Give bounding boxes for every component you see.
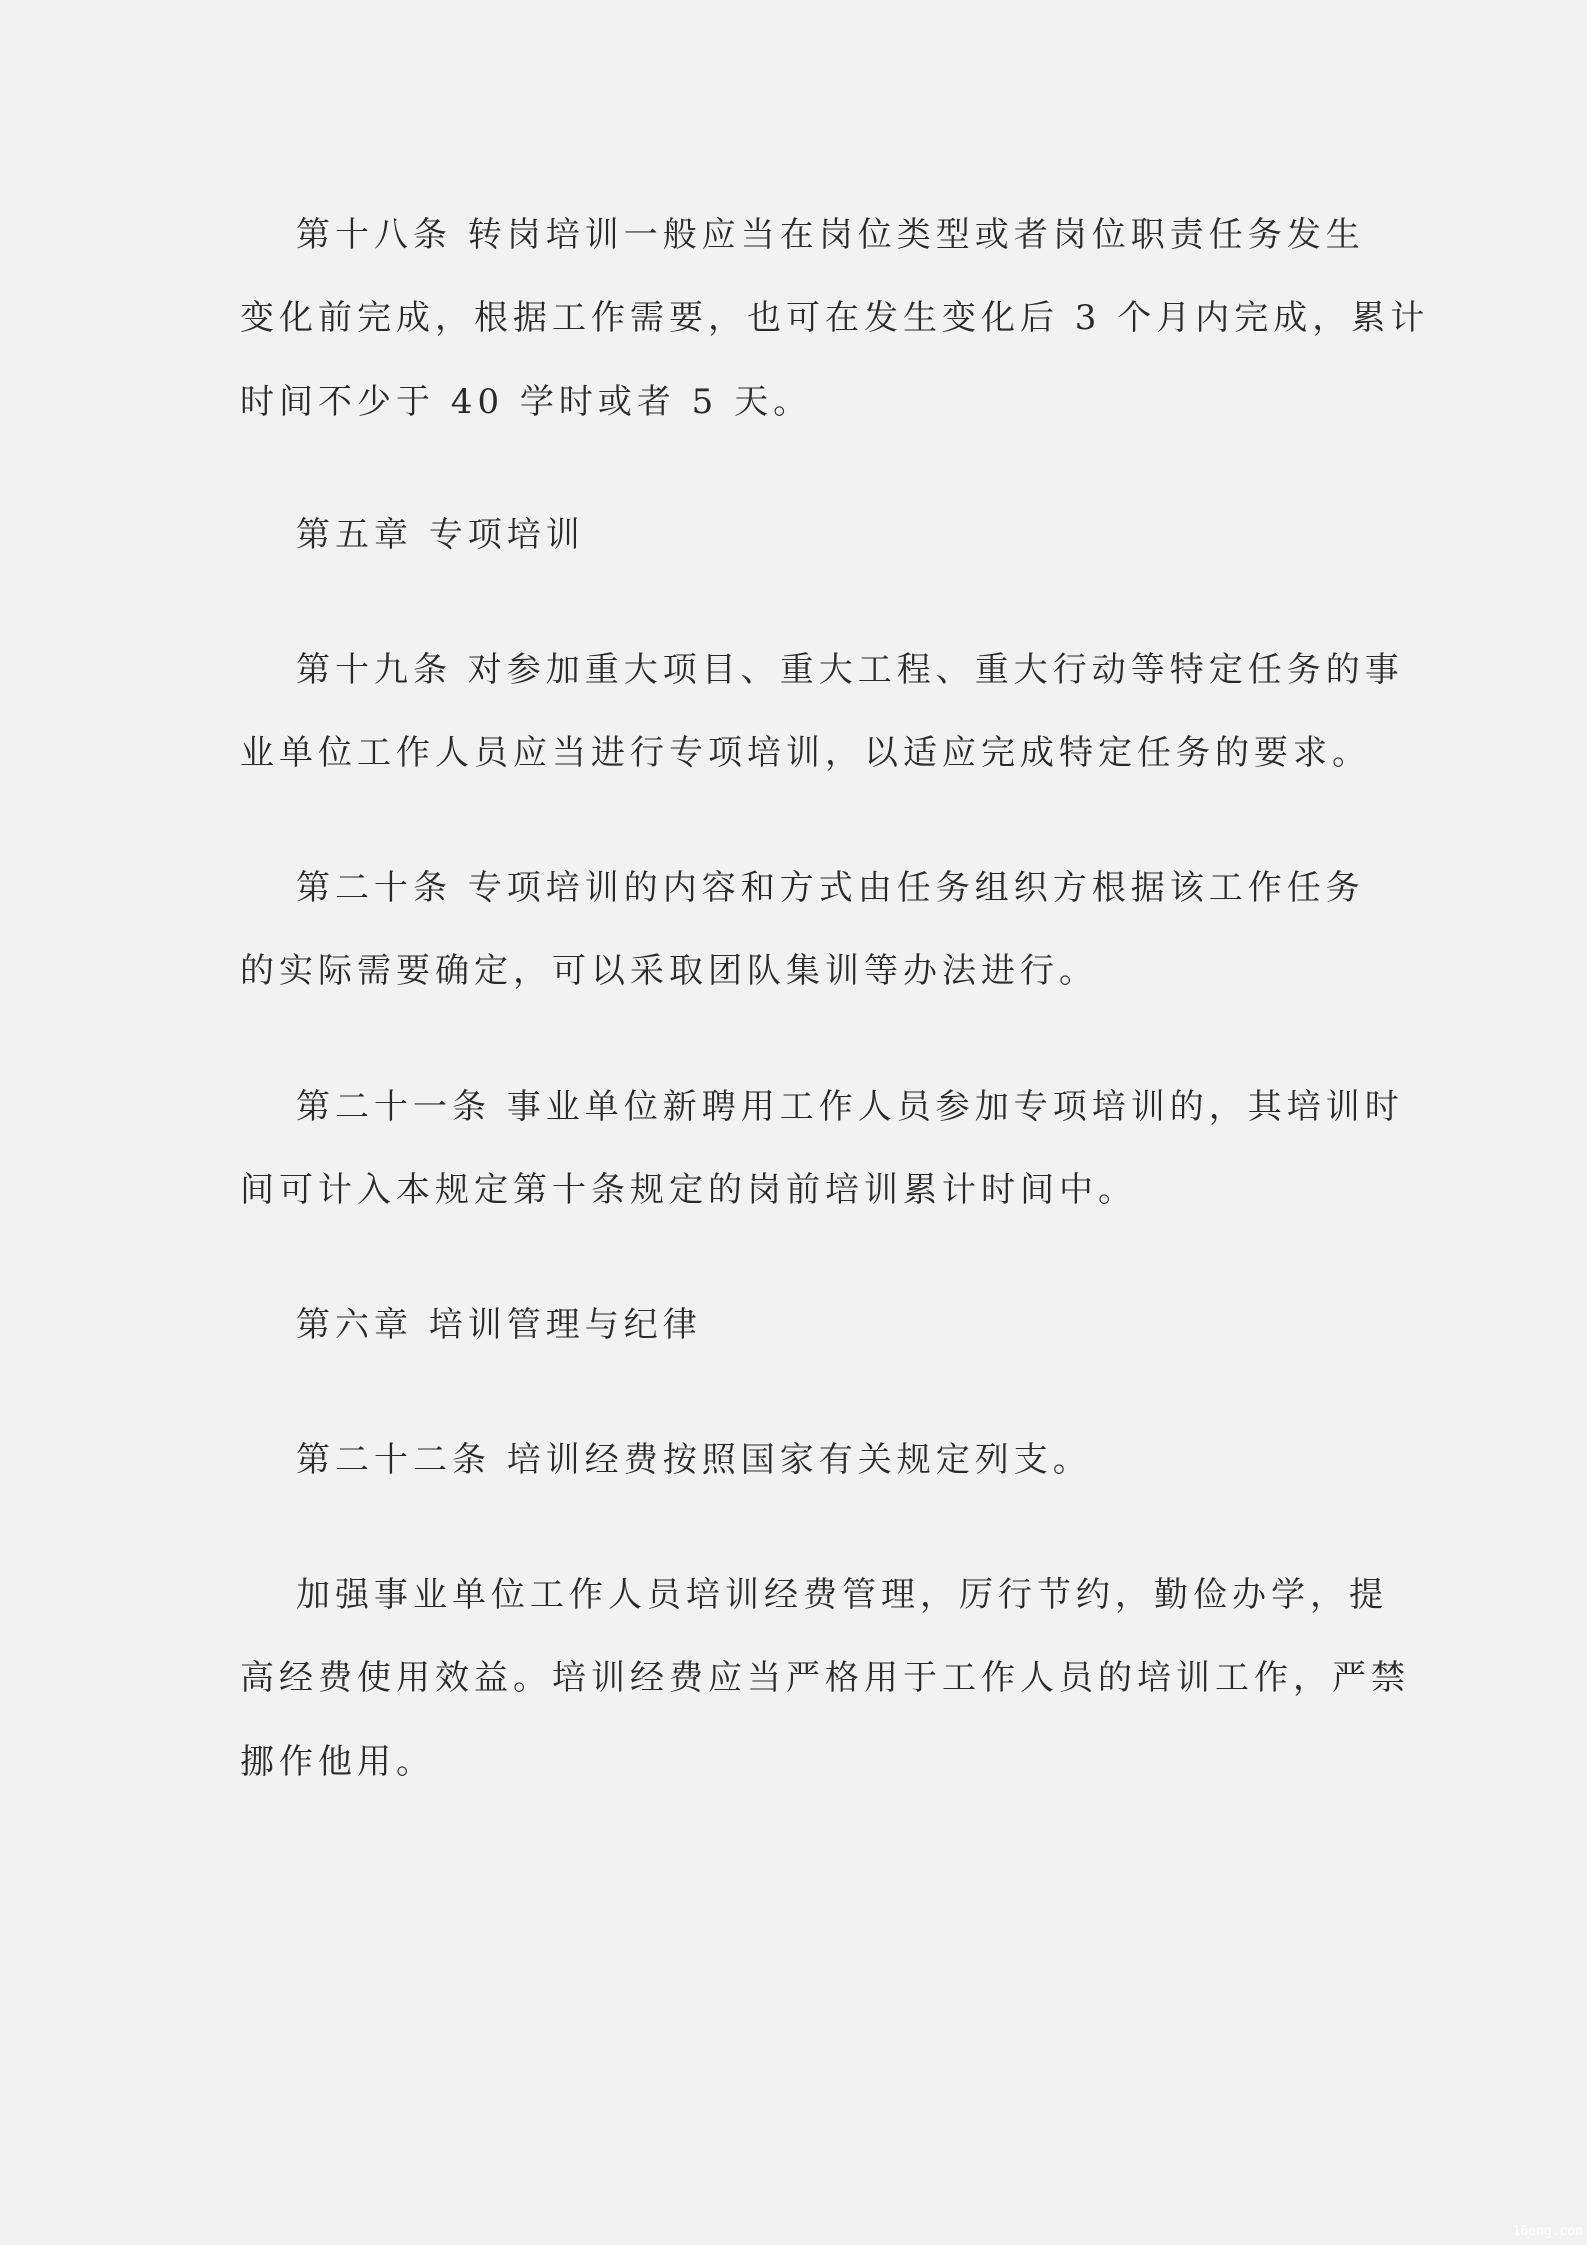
article-21-line-2: 间可计入本规定第十条规定的岗前培训累计时间中。 (240, 1170, 1137, 1210)
chapter-6-heading: 第六章 培训管理与纪律 (296, 1305, 702, 1345)
funding-paragraph-line-2: 高经费使用效益。培训经费应当严格用于工作人员的培训工作，严禁 (240, 1658, 1410, 1698)
article-18-line-3: 时间不少于 40 学时或者 5 天。 (240, 382, 812, 422)
article-18-line-2: 变化前完成，根据工作需要，也可在发生变化后 3 个月内完成，累计 (240, 298, 1429, 338)
article-20-line-1: 第二十条 专项培训的内容和方式由任务组织方根据该工作任务 (296, 868, 1365, 908)
article-18-line-1: 第十八条 转岗培训一般应当在岗位类型或者岗位职责任务发生 (296, 215, 1365, 255)
article-19-line-2: 业单位工作人员应当进行专项培训，以适应完成特定任务的要求。 (240, 733, 1371, 773)
document-page: 第十八条 转岗培训一般应当在岗位类型或者岗位职责任务发生 变化前完成，根据工作需… (0, 0, 1587, 2245)
chapter-5-heading: 第五章 专项培训 (296, 515, 585, 555)
article-19-line-1: 第十九条 对参加重大项目、重大工程、重大行动等特定任务的事 (296, 650, 1404, 690)
article-20-line-2: 的实际需要确定，可以采取团队集训等办法进行。 (240, 951, 1098, 991)
funding-paragraph-line-1: 加强事业单位工作人员培训经费管理，厉行节约，勤俭办学，提 (296, 1575, 1388, 1615)
watermark: 16eng.com (1513, 2224, 1583, 2239)
funding-paragraph-line-3: 挪作他用。 (240, 1742, 435, 1782)
article-21-line-1: 第二十一条 事业单位新聘用工作人员参加专项培训的，其培训时 (296, 1087, 1404, 1127)
article-22-line-1: 第二十二条 培训经费按照国家有关规定列支。 (296, 1440, 1092, 1480)
